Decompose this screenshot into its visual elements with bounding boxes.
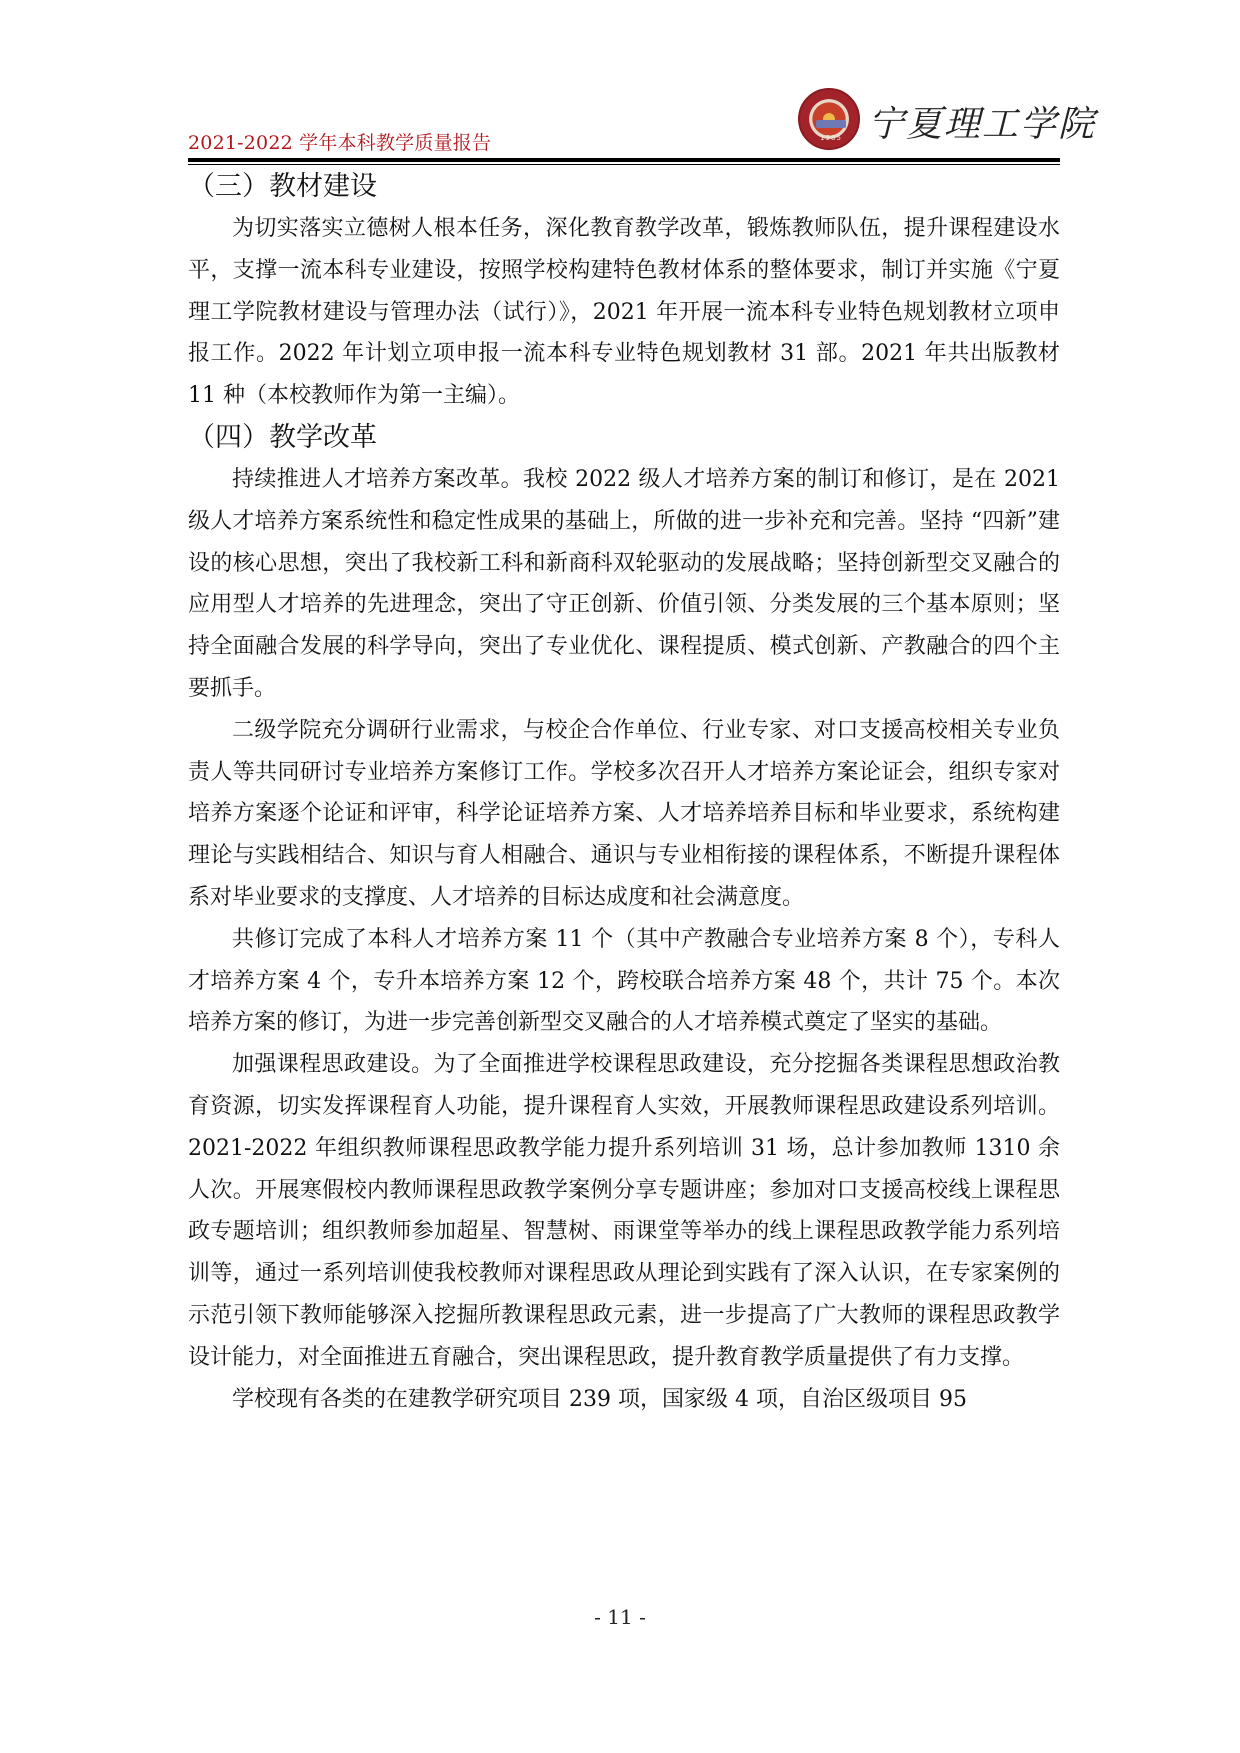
header-rule-thick: [188, 158, 1060, 162]
page-number: - 11 -: [0, 1605, 1240, 1629]
paragraph: 学校现有各类的在建教学研究项目 239 项，国家级 4 项，自治区级项目 95: [188, 1379, 1060, 1421]
seal-banner: [816, 120, 846, 128]
section-textbook-construction: （三）教材建设 为切实落实立德树人根本任务，深化教育教学改革，锻炼教师队伍，提升…: [188, 166, 1060, 417]
section-heading: （三）教材建设: [188, 166, 1060, 208]
seal-year: 1985: [800, 134, 862, 142]
paragraph: 二级学院充分调研行业需求，与校企合作单位、行业专家、对口支援高校相关专业负责人等…: [188, 710, 1060, 919]
report-title: 2021-2022 学年本科教学质量报告: [188, 128, 491, 155]
institution-logo: 1985 宁夏理工学院: [798, 88, 1056, 152]
institution-name: 宁夏理工学院: [868, 96, 1096, 147]
paragraph: 为切实落实立德树人根本任务，深化教育教学改革，锻炼教师队伍，提升课程建设水平，支…: [188, 208, 1060, 417]
section-heading: （四）教学改革: [188, 417, 1060, 459]
school-seal-icon: 1985: [798, 88, 860, 150]
header-rule-thin: [188, 164, 1060, 165]
section-teaching-reform: （四）教学改革 持续推进人才培养方案改革。我校 2022 级人才培养方案的制订和…: [188, 417, 1060, 1420]
paragraph: 持续推进人才培养方案改革。我校 2022 级人才培养方案的制订和修订，是在 20…: [188, 459, 1060, 710]
paragraph: 共修订完成了本科人才培养方案 11 个（其中产教融合专业培养方案 8 个），专科…: [188, 919, 1060, 1044]
paragraph: 加强课程思政建设。为了全面推进学校课程思政建设，充分挖掘各类课程思想政治教育资源…: [188, 1044, 1060, 1378]
page-body: （三）教材建设 为切实落实立德树人根本任务，深化教育教学改革，锻炼教师队伍，提升…: [188, 166, 1060, 1420]
